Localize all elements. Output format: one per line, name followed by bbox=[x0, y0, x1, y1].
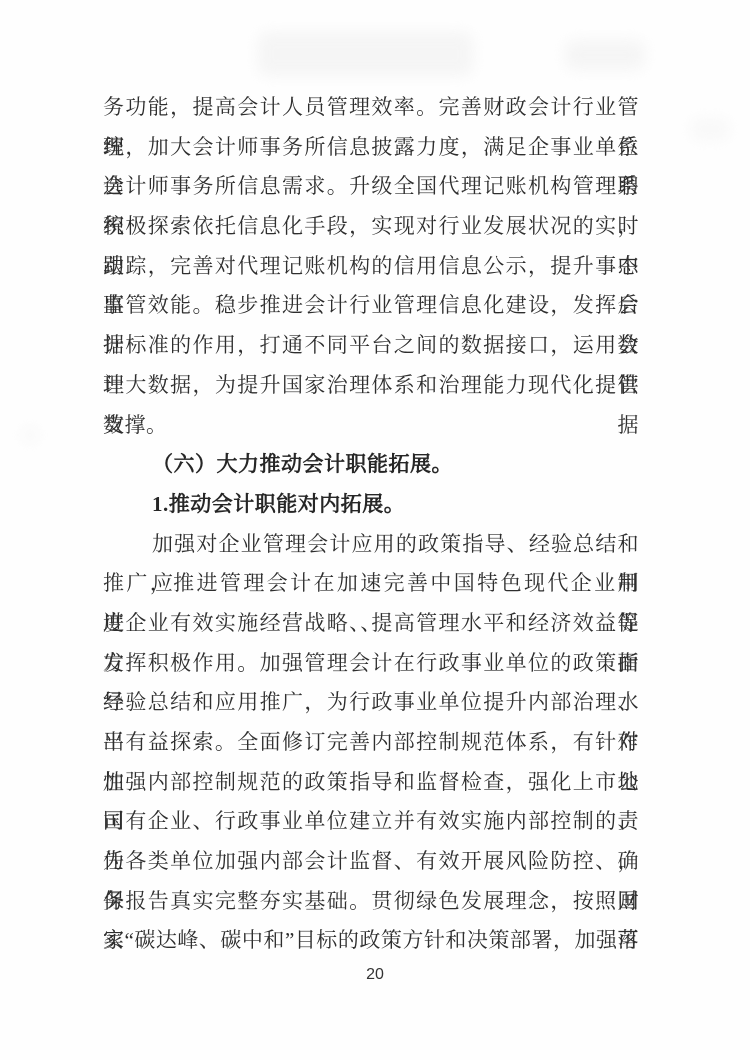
text-line: 发挥积极作用。加强管理会计在行政事业单位的政策指导、 bbox=[103, 644, 639, 684]
text-line: 国有企业、行政事业单位建立并有效实施内部控制的责任， bbox=[103, 802, 639, 842]
text-line: 积极探索依托信息化手段，实现对行业发展状况的实时动态 bbox=[103, 207, 639, 247]
text-line: 经验总结和应用推广，为行政事业单位提升内部治理水平作 bbox=[103, 683, 639, 723]
document-text-block: 务功能，提高会计人员管理效率。完善财政会计行业管理系统，加大会计师事务所信息披露… bbox=[103, 88, 639, 961]
text-line: 跟踪，完善对代理记账机构的信用信息公示，提升事中事后 bbox=[103, 247, 639, 287]
text-line: 务功能，提高会计人员管理效率。完善财政会计行业管理系 bbox=[103, 88, 639, 128]
document-page: 务功能，提高会计人员管理效率。完善财政会计行业管理系统，加大会计师事务所信息披露… bbox=[0, 0, 750, 1060]
text-line: 出有益探索。全面修订完善内部控制规范体系，有针对性地 bbox=[103, 723, 639, 763]
text-line: 统，加大会计师事务所信息披露力度，满足企事业单位选聘 bbox=[103, 128, 639, 168]
text-line: 实“碳达峰、碳中和”目标的政策方针和决策部署，加强可 bbox=[103, 921, 639, 961]
scan-bleed-artifact bbox=[258, 32, 473, 76]
text-line: 推广，推进管理会计在加速完善中国特色现代企业制度、促 bbox=[103, 564, 639, 604]
text-line: （六）大力推动会计职能拓展。 bbox=[103, 445, 639, 485]
text-line: 1.推动会计职能对内拓展。 bbox=[103, 485, 639, 525]
text-line: 加强内部控制规范的政策指导和监督检查，强化上市公司、 bbox=[103, 763, 639, 803]
text-line: 为各类单位加强内部会计监督、有效开展风险防控、确保财 bbox=[103, 842, 639, 882]
text-line: 加强对企业管理会计应用的政策指导、经验总结和应用 bbox=[103, 525, 639, 565]
text-line: 务报告真实完整夯实基础。贯彻绿色发展理念，按照国家落 bbox=[103, 882, 639, 922]
scan-bleed-artifact bbox=[690, 118, 730, 140]
text-line: 进企业有效实施经营战略、提高管理水平和经济效益等方面 bbox=[103, 604, 639, 644]
page-number: 20 bbox=[0, 966, 750, 984]
scan-bleed-artifact bbox=[565, 40, 645, 70]
text-line: 监管效能。稳步推进会计行业管理信息化建设，发挥会计数 bbox=[103, 286, 639, 326]
text-line: 理大数据，为提升国家治理体系和治理能力现代化提供数据 bbox=[103, 366, 639, 406]
scan-bleed-artifact bbox=[22, 428, 38, 442]
text-line: 会计师事务所信息需求。升级全国代理记账机构管理系统， bbox=[103, 167, 639, 207]
text-line: 据标准的作用，打通不同平台之间的数据接口，运用会计管 bbox=[103, 326, 639, 366]
